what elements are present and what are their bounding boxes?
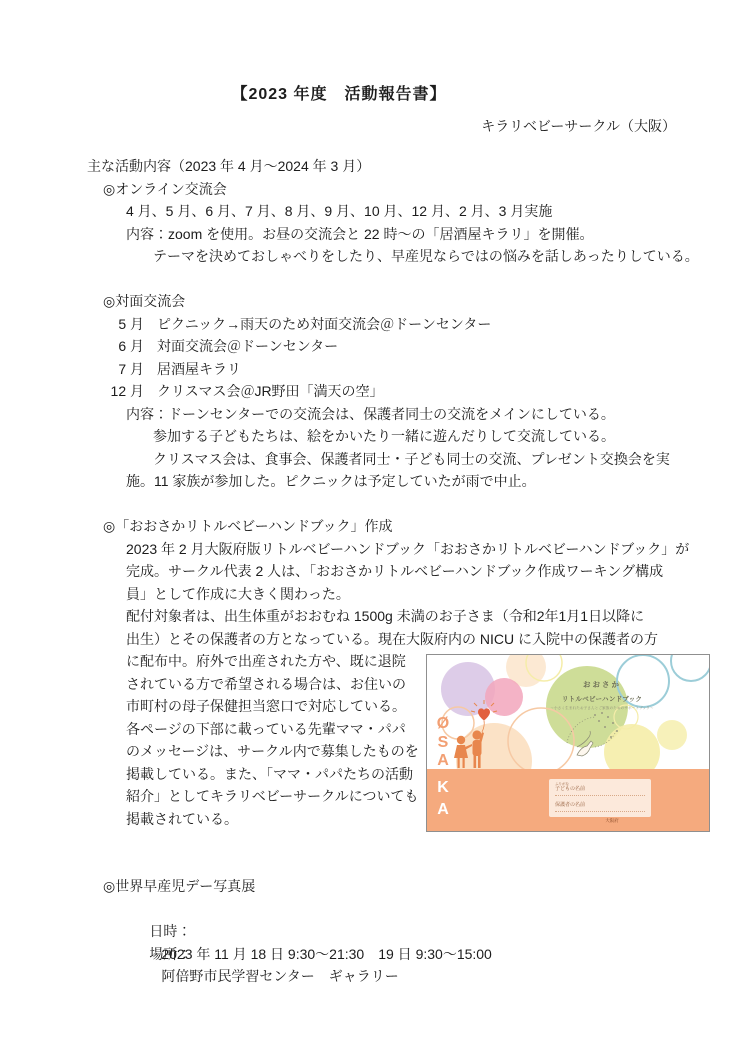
section-heading-photo: ◎世界早産児デー写真展: [0, 875, 736, 898]
body-line: 2023 年 2 月大阪府版リトルベビーハンドブック「おおさかリトルベビーハンド…: [0, 538, 736, 561]
section-heading-online: ◎オンライン交流会: [0, 178, 736, 201]
datetime-value: 2023 年 11 月 18 日 9:30～21:30 19 日 9:30～15…: [161, 946, 492, 962]
body-line: 参加する子どもたちは、絵をかいたり一緒に遊んだりして交流している。: [0, 425, 736, 448]
body-line: 内容：zoom を使用。お昼の交流会と 22 時～の「居酒屋キラリ」を開催。: [0, 223, 736, 246]
blank-line: [0, 268, 736, 291]
body-line: 内容：ドーンセンターでの交流会は、保護者同士の交流をメインにしている。: [0, 403, 736, 426]
cover-publisher: 大阪府: [587, 818, 637, 824]
body-line: テーマを決めておしゃべりをしたり、早産児ならではの悩みを話しあったりしている。: [0, 245, 736, 268]
cover-name-form: ふりがな 子どもの名前 保護者の名前: [549, 779, 651, 817]
body-line: 完成。サークル代表 2 人は、「おおさかリトルベビーハンドブック作成ワーキング構…: [0, 560, 736, 583]
month-label: 12 月: [108, 380, 144, 403]
cover-title-line2: リトルベビーハンドブック: [547, 694, 657, 703]
event-label: 居酒屋キラリ: [157, 358, 241, 381]
blank-line: [0, 493, 736, 516]
body-line: 出生）とその保護者の方となっている。現在大阪府内の NICU に入院中の保護者の…: [0, 628, 736, 651]
cover-osaka-letter: A: [433, 802, 453, 818]
schedule-row: 7 月 居酒屋キラリ: [0, 358, 736, 381]
event-label: ピクニック→雨天のため対面交流会＠ドーンセンター: [157, 313, 491, 336]
month-label: 6 月: [108, 335, 144, 358]
cover-field-parent-name: 保護者の名前: [555, 802, 645, 812]
event-label: 対面交流会＠ドーンセンター: [157, 335, 338, 358]
cover-osaka-letter: S: [433, 735, 453, 751]
cover-title-line1: おおさか: [547, 679, 657, 690]
schedule-row: 5 月 ピクニック→雨天のため対面交流会＠ドーンセンター: [0, 313, 736, 336]
schedule-row: 6 月 対面交流会＠ドーンセンター: [0, 335, 736, 358]
lead-line: 主な活動内容（2023 年 4 月～2024 年 3 月）: [0, 155, 736, 178]
cover-osaka-letter: K: [433, 780, 453, 796]
datetime-label: 日時：: [149, 920, 191, 943]
place-value: 阿倍野市民学習センター ギャラリー: [161, 968, 398, 984]
cover-title-block: おおさか リトルベビーハンドブック ～小さく生まれたお子さんとご家族のためのサポ…: [547, 679, 657, 711]
body-line: 施。11 家族が参加した。ピクニックは予定していたが雨で中止。: [0, 470, 736, 493]
handbook-cover-image: Ø S A K A おおさか リトルベビーハンドブック ～小さく生まれたお子さん…: [426, 654, 710, 832]
section-heading-taimen: ◎対面交流会: [0, 290, 736, 313]
blank-line: [0, 853, 736, 876]
event-label: クリスマス会＠JR野田「満天の空」: [157, 380, 384, 403]
blank-line: [0, 830, 736, 853]
cover-osaka-letter: A: [433, 753, 453, 769]
body-line: 員」として作成に大きく関わった。: [0, 583, 736, 606]
datetime-line: 日時： 2023 年 11 月 18 日 9:30～21:30 19 日 9:3…: [0, 898, 736, 921]
section-heading-handbook: ◎「おおさかリトルベビーハンドブック」作成: [0, 515, 736, 538]
place-label: 場所：: [149, 943, 191, 966]
month-label: 5 月: [108, 313, 144, 336]
month-label: 7 月: [108, 358, 144, 381]
report-title: 【2023 年度 活動報告書】: [0, 81, 678, 104]
byline: キラリベビーサークル（大阪）: [481, 116, 676, 136]
cover-osaka-letter: Ø: [433, 716, 453, 732]
body-line: クリスマス会は、食事会、保護者同士・子ども同士の交流、プレゼント交換会を実: [0, 448, 736, 471]
place-line: 場所： 阿倍野市民学習センター ギャラリー: [0, 920, 736, 943]
cover-subtitle: ～小さく生まれたお子さんとご家族のためのサポートブック～: [547, 706, 657, 711]
schedule-row: 12 月 クリスマス会＠JR野田「満天の空」: [0, 380, 736, 403]
report-page: 【2023 年度 活動報告書】 キラリベビーサークル（大阪） 主な活動内容（20…: [0, 0, 736, 1041]
cover-field-child-name: 子どもの名前: [555, 786, 645, 796]
body-line: 配付対象者は、出生体重がおおむね 1500g 未満のお子さま（令和2年1月1日以…: [0, 605, 736, 628]
body-line: 4 月、5 月、6 月、7 月、8 月、9 月、10 月、12 月、2 月、3 …: [0, 200, 736, 223]
